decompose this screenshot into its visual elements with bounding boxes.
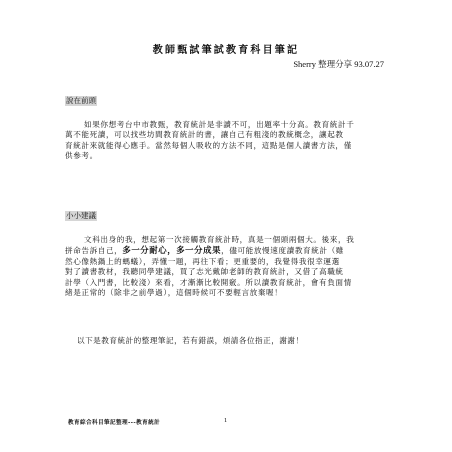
section-paragraph-preface: 如果你想考台中市教甄，教育統計是非讀不可，出題率十分高。教育統計千 萬不能死讀，… [65, 120, 387, 162]
author-byline: Sherry 整理分享 93.07.27 [293, 58, 384, 70]
document-page: 教師甄試筆試教育科目筆記 Sherry 整理分享 93.07.27 說在前頭 如… [0, 0, 452, 452]
section-paragraph-suggestion: 文科出身的我，想起第一次接觸教育統計時，真是一個頭兩個大。後來，我 拼命告訴自己… [65, 235, 387, 298]
paragraph-line: 如果你想考台中市教甄，教育統計是非讀不可，出題率十分高。教育統計千 [65, 120, 387, 130]
paragraph-line: 文科出身的我，想起第一次接觸教育統計時，真是一個頭兩個大。後來，我 [65, 235, 387, 245]
paragraph-line: 緒是正常的（除非之前學過），這個時候可不要輕言放棄喔！ [65, 288, 387, 298]
section-label-preface: 說在前頭 [65, 96, 97, 106]
emphasized-phrase: 多一分耐心，多一分成果 [122, 245, 221, 255]
line-text-before: 拼命告訴自己， [65, 246, 122, 255]
section-label-suggestion: 小小建議 [65, 211, 97, 221]
closing-note: 以下是教育統計的整理筆記，若有錯誤，煩請各位指正，謝謝！ [77, 335, 304, 346]
paragraph-line: 然心像熱鍋上的螞蟻），弄懂一題，再往下看；更重要的，我覺得我很幸運選 [65, 257, 387, 267]
paragraph-line: 萬不能死讀，可以找些坊間教育統計的書，讓自己有粗淺的教統概念，讓起教 [65, 130, 387, 140]
line-text-after: ，儘可能放慢速度讀教育統計（雖 [221, 246, 344, 255]
paragraph-line: 計學（入門書，比較淺）來看，才漸漸比較開竅。所以讀教育統計，會有負面情 [65, 278, 387, 288]
paragraph-line: 育統計來就能得心應手。當然每個人吸收的方法不同，這點是個人讀書方法，僅 [65, 141, 387, 151]
paragraph-line-emphasis: 拼命告訴自己，多一分耐心，多一分成果，儘可能放慢速度讀教育統計（雖 [65, 245, 387, 256]
paragraph-line: 對了讀書教材，我聽同學建議，買了志光戴帥老師的教育統計，又借了高職統 [65, 267, 387, 277]
document-title: 教師甄試筆試教育科目筆記 [0, 41, 452, 56]
paragraph-line: 供參考。 [65, 151, 387, 161]
page-footer: 教育綜合科目筆記整理---教育統計 [68, 418, 160, 426]
page-number: 1 [224, 417, 227, 424]
